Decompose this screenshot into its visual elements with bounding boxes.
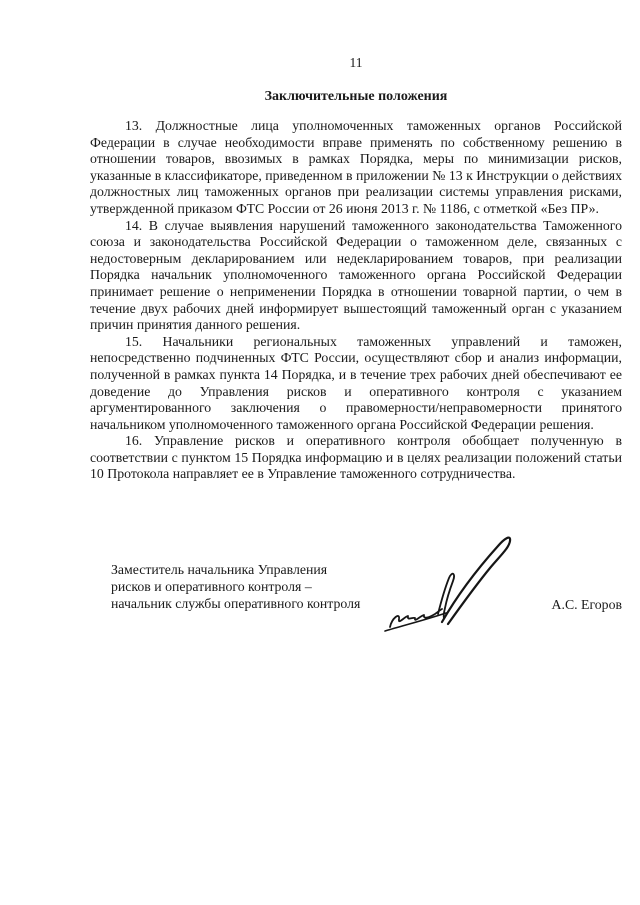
- document-body: 13. Должностные лица уполномоченных тамо…: [90, 118, 622, 483]
- signature-position-line-1: Заместитель начальника Управления: [111, 561, 360, 578]
- signatory-name: А.С. Егоров: [552, 597, 622, 613]
- paragraph-14: 14. В случае выявления нарушений таможен…: [90, 218, 622, 334]
- document-page: 11 Заключительные положения 13. Должност…: [0, 0, 640, 905]
- paragraph-13: 13. Должностные лица уполномоченных тамо…: [90, 118, 622, 218]
- paragraph-16: 16. Управление рисков и оперативного кон…: [90, 433, 622, 483]
- paragraph-15: 15. Начальники региональных таможенных у…: [90, 334, 622, 434]
- page-number: 11: [90, 55, 622, 71]
- signature-position-title: Заместитель начальника Управления рисков…: [111, 561, 360, 612]
- section-heading: Заключительные положения: [90, 89, 622, 105]
- signature-icon: [380, 530, 515, 635]
- signature-position-line-3: начальник службы оперативного контроля: [111, 595, 360, 612]
- signature-position-line-2: рисков и оперативного контроля –: [111, 578, 360, 595]
